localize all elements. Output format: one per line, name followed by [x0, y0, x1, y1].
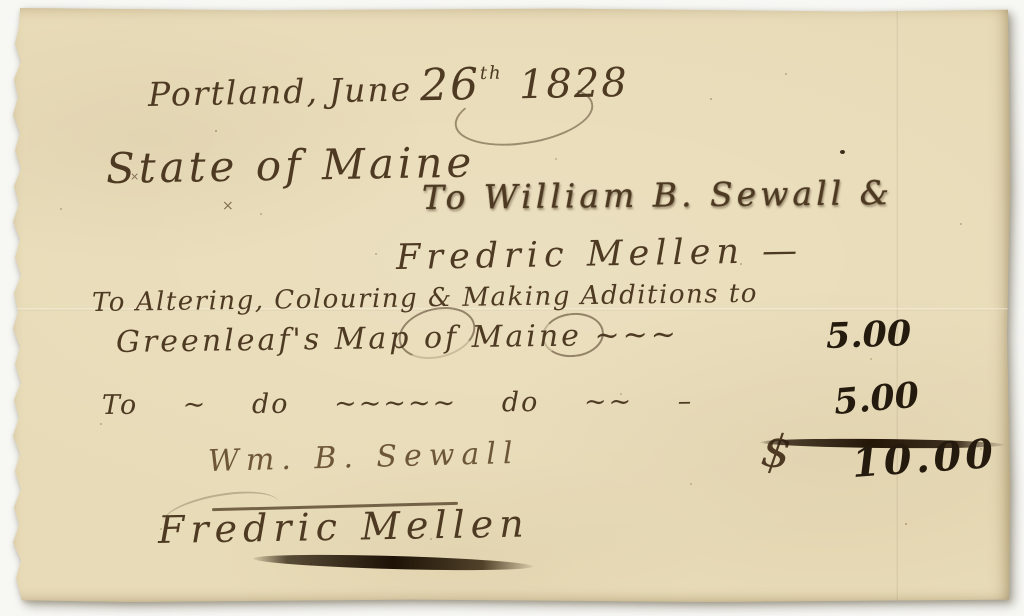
signature-sewall: Wm. B. Sewall	[208, 436, 520, 479]
document-paper: Portland,June26th1828 State of Maine × ×…	[10, 8, 1010, 602]
item1-amount: 5.00	[825, 313, 912, 357]
scanned-document-stage: Portland,June26th1828 State of Maine × ×…	[0, 0, 1024, 616]
billhead-title: State of Maine	[106, 138, 476, 193]
total-currency-sign: $	[758, 422, 795, 480]
dateline-ordinal: th	[480, 63, 503, 84]
signature-underline-flourish	[253, 552, 533, 573]
dateline-place: Portland,	[148, 71, 320, 114]
dateline-month: June	[328, 69, 412, 110]
total-amount: 10.00	[850, 430, 998, 487]
item2-amount: 5.00	[832, 375, 920, 423]
signature-mellen: Fredric Mellen	[158, 502, 530, 552]
ink-spot	[840, 150, 845, 154]
billed-to-line: To William B. Sewall &	[422, 173, 893, 217]
foxing-speckles	[10, 8, 12, 10]
item2-ditto-line: To ~ do ~~~~~ do ~~ –	[102, 386, 693, 421]
paper-shadow-wrap: Portland,June26th1828 State of Maine × ×…	[10, 8, 1010, 602]
vertical-fold-crease	[896, 8, 899, 602]
payee-line: Fredric Mellen —	[396, 231, 804, 278]
ink-doodle-cross: ×	[130, 170, 139, 183]
ink-doodle-cross: ×	[222, 198, 234, 214]
